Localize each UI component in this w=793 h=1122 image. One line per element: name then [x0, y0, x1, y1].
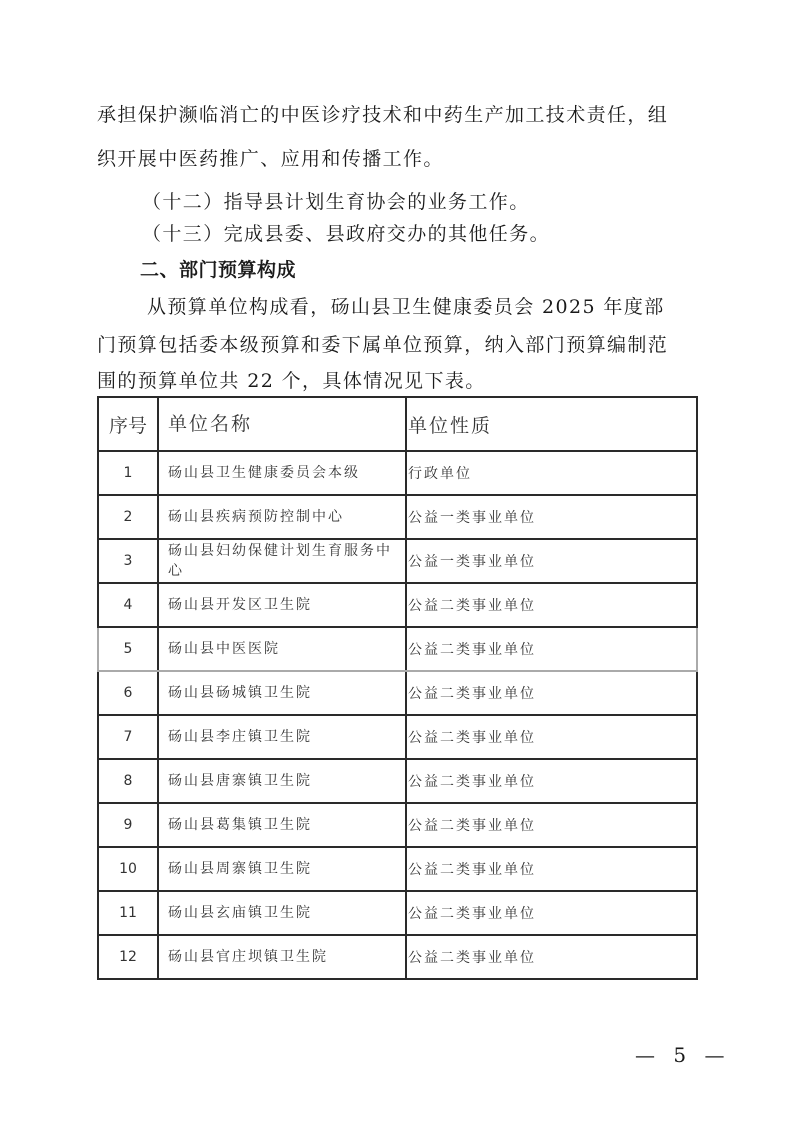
paragraph-line: 围的预算单位共 22 个，具体情况见下表。 — [97, 369, 486, 393]
cell-unit-type: 公益二类事业单位 — [406, 715, 697, 759]
cell-unit-name: 砀山县玄庙镇卫生院 — [158, 891, 406, 935]
table-header-row: 序号 单位名称 单位性质 — [98, 397, 697, 451]
header-unit-name: 单位名称 — [158, 397, 406, 451]
paragraph-line: 织开展中医药推广、应用和传播工作。 — [97, 147, 444, 171]
cell-index: 6 — [98, 671, 158, 715]
table-row: 2 砀山县疾病预防控制中心 公益一类事业单位 — [98, 495, 697, 539]
list-item-13: （十三）完成县委、县政府交办的其他任务。 — [142, 222, 550, 246]
paragraph-line: 从预算单位构成看，砀山县卫生健康委员会 2025 年度部 — [147, 295, 665, 319]
cell-index: 12 — [98, 935, 158, 979]
header-index: 序号 — [98, 397, 158, 451]
cell-unit-type: 公益二类事业单位 — [406, 583, 697, 627]
cell-unit-type: 行政单位 — [406, 451, 697, 495]
cell-unit-type: 公益二类事业单位 — [406, 759, 697, 803]
table-row: 9 砀山县葛集镇卫生院 公益二类事业单位 — [98, 803, 697, 847]
table-row: 1 砀山县卫生健康委员会本级 行政单位 — [98, 451, 697, 495]
cell-index: 11 — [98, 891, 158, 935]
cell-unit-type: 公益二类事业单位 — [406, 627, 697, 671]
table-row: 5 砀山县中医医院 公益二类事业单位 — [98, 627, 697, 671]
cell-index: 5 — [98, 627, 158, 671]
cell-index: 4 — [98, 583, 158, 627]
cell-unit-type: 公益二类事业单位 — [406, 891, 697, 935]
cell-index: 3 — [98, 539, 158, 583]
cell-unit-name: 砀山县葛集镇卫生院 — [158, 803, 406, 847]
cell-index: 9 — [98, 803, 158, 847]
cell-index: 8 — [98, 759, 158, 803]
cell-unit-name: 砀山县疾病预防控制中心 — [158, 495, 406, 539]
cell-unit-name: 砀山县李庄镇卫生院 — [158, 715, 406, 759]
cell-unit-type: 公益二类事业单位 — [406, 803, 697, 847]
cell-unit-name: 砀山县周寨镇卫生院 — [158, 847, 406, 891]
cell-unit-name: 砀山县妇幼保健计划生育服务中心 — [158, 539, 406, 583]
table-row: 7 砀山县李庄镇卫生院 公益二类事业单位 — [98, 715, 697, 759]
cell-unit-type: 公益一类事业单位 — [406, 539, 697, 583]
cell-index: 2 — [98, 495, 158, 539]
table-row: 10 砀山县周寨镇卫生院 公益二类事业单位 — [98, 847, 697, 891]
page-number: — 5 — — [635, 1043, 730, 1067]
cell-unit-type: 公益二类事业单位 — [406, 935, 697, 979]
table-row: 6 砀山县砀城镇卫生院 公益二类事业单位 — [98, 671, 697, 715]
table-row: 3 砀山县妇幼保健计划生育服务中心 公益一类事业单位 — [98, 539, 697, 583]
paragraph-line: 承担保护濒临消亡的中医诊疗技术和中药生产加工技术责任，组 — [97, 103, 668, 127]
cell-index: 1 — [98, 451, 158, 495]
table-row: 8 砀山县唐寨镇卫生院 公益二类事业单位 — [98, 759, 697, 803]
paragraph-line: 门预算包括委本级预算和委下属单位预算，纳入部门预算编制范 — [97, 333, 668, 357]
cell-unit-name: 砀山县唐寨镇卫生院 — [158, 759, 406, 803]
table-row: 4 砀山县开发区卫生院 公益二类事业单位 — [98, 583, 697, 627]
table-row: 12 砀山县官庄坝镇卫生院 公益二类事业单位 — [98, 935, 697, 979]
cell-unit-name: 砀山县砀城镇卫生院 — [158, 671, 406, 715]
cell-unit-type: 公益二类事业单位 — [406, 847, 697, 891]
cell-index: 7 — [98, 715, 158, 759]
cell-index: 10 — [98, 847, 158, 891]
list-item-12: （十二）指导县计划生育协会的业务工作。 — [142, 190, 530, 214]
header-unit-type: 单位性质 — [406, 397, 697, 451]
section-heading: 二、部门预算构成 — [140, 258, 296, 282]
cell-unit-type: 公益二类事业单位 — [406, 671, 697, 715]
cell-unit-name: 砀山县中医医院 — [158, 627, 406, 671]
cell-unit-name: 砀山县开发区卫生院 — [158, 583, 406, 627]
budget-units-table: 序号 单位名称 单位性质 1 砀山县卫生健康委员会本级 行政单位 2 砀山县疾病… — [97, 396, 698, 980]
cell-unit-name: 砀山县官庄坝镇卫生院 — [158, 935, 406, 979]
cell-unit-type: 公益一类事业单位 — [406, 495, 697, 539]
table-row: 11 砀山县玄庙镇卫生院 公益二类事业单位 — [98, 891, 697, 935]
cell-unit-name: 砀山县卫生健康委员会本级 — [158, 451, 406, 495]
